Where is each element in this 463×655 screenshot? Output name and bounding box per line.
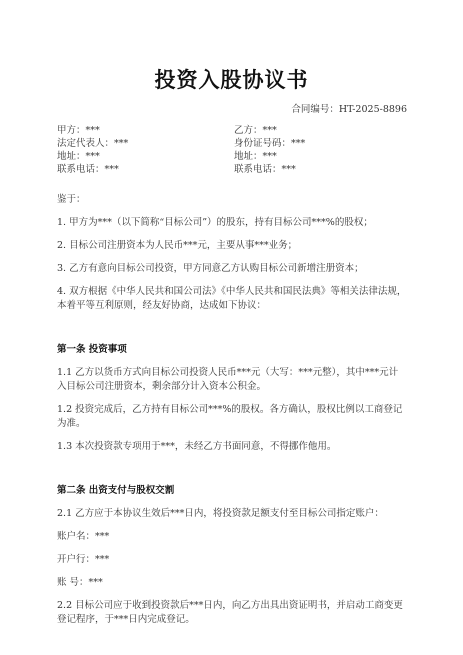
clause-2-2: 2.2 目标公司应于收到投资款后***日内，向乙方出具出资证明书，并启动工商变更… [57, 599, 407, 627]
clause-2-1: 2.1 乙方应于本协议生效后***日内，将投资款足额支付至目标公司指定账户： [57, 507, 407, 521]
article-2-heading: 第二条 出资支付与股权交割 [57, 484, 407, 498]
clause-1-1: 1.1 乙方以货币方式向目标公司投资人民币***元（大写：***元整），其中**… [57, 366, 407, 394]
recital-item: 2. 目标公司注册资本为人民币***元，主要从事***业务； [57, 239, 407, 253]
party-a-name: 甲方：*** [57, 124, 227, 137]
document-title: 投资入股协议书 [0, 64, 463, 94]
account-number: 账 号：*** [57, 576, 407, 590]
account-name: 账户名：*** [57, 530, 407, 544]
party-b-address: 地址：*** [234, 150, 404, 163]
bank-name: 开户行：*** [57, 553, 407, 567]
document-page: 投资入股协议书 合同编号：HT-2025-8896 甲方：*** 法定代表人：*… [0, 0, 463, 655]
document-body: 鉴于： 1. 甲方为***（以下简称“目标公司”）的股东，持有目标公司***%的… [57, 193, 407, 627]
clause-1-2: 1.2 投资完成后，乙方持有目标公司***%的股权。各方确认，股权比例以工商登记… [57, 403, 407, 431]
recitals-intro: 鉴于： [57, 193, 407, 207]
recital-item: 1. 甲方为***（以下简称“目标公司”）的股东，持有目标公司***%的股权； [57, 216, 407, 230]
party-a-phone: 联系电话：*** [57, 163, 227, 176]
party-b-phone: 联系电话：*** [234, 163, 404, 176]
party-a-info: 甲方：*** 法定代表人：*** 地址：*** 联系电话：*** [57, 124, 227, 176]
clause-1-3: 1.3 本次投资款专项用于***，未经乙方书面同意，不得挪作他用。 [57, 440, 407, 454]
contract-number: 合同编号：HT-2025-8896 [291, 101, 407, 115]
party-b-name: 乙方：*** [234, 124, 404, 137]
party-a-address: 地址：*** [57, 150, 227, 163]
party-b-info: 乙方：*** 身份证号码：*** 地址：*** 联系电话：*** [234, 124, 404, 176]
recital-item: 3. 乙方有意向目标公司投资，甲方同意乙方认购目标公司新增注册资本； [57, 262, 407, 276]
recital-item: 4. 双方根据《中华人民共和国公司法》《中华人民共和国民法典》等相关法律法规，本… [57, 285, 407, 313]
party-a-legal-rep: 法定代表人：*** [57, 137, 227, 150]
party-b-id-number: 身份证号码：*** [234, 137, 404, 150]
article-1-heading: 第一条 投资事项 [57, 343, 407, 357]
